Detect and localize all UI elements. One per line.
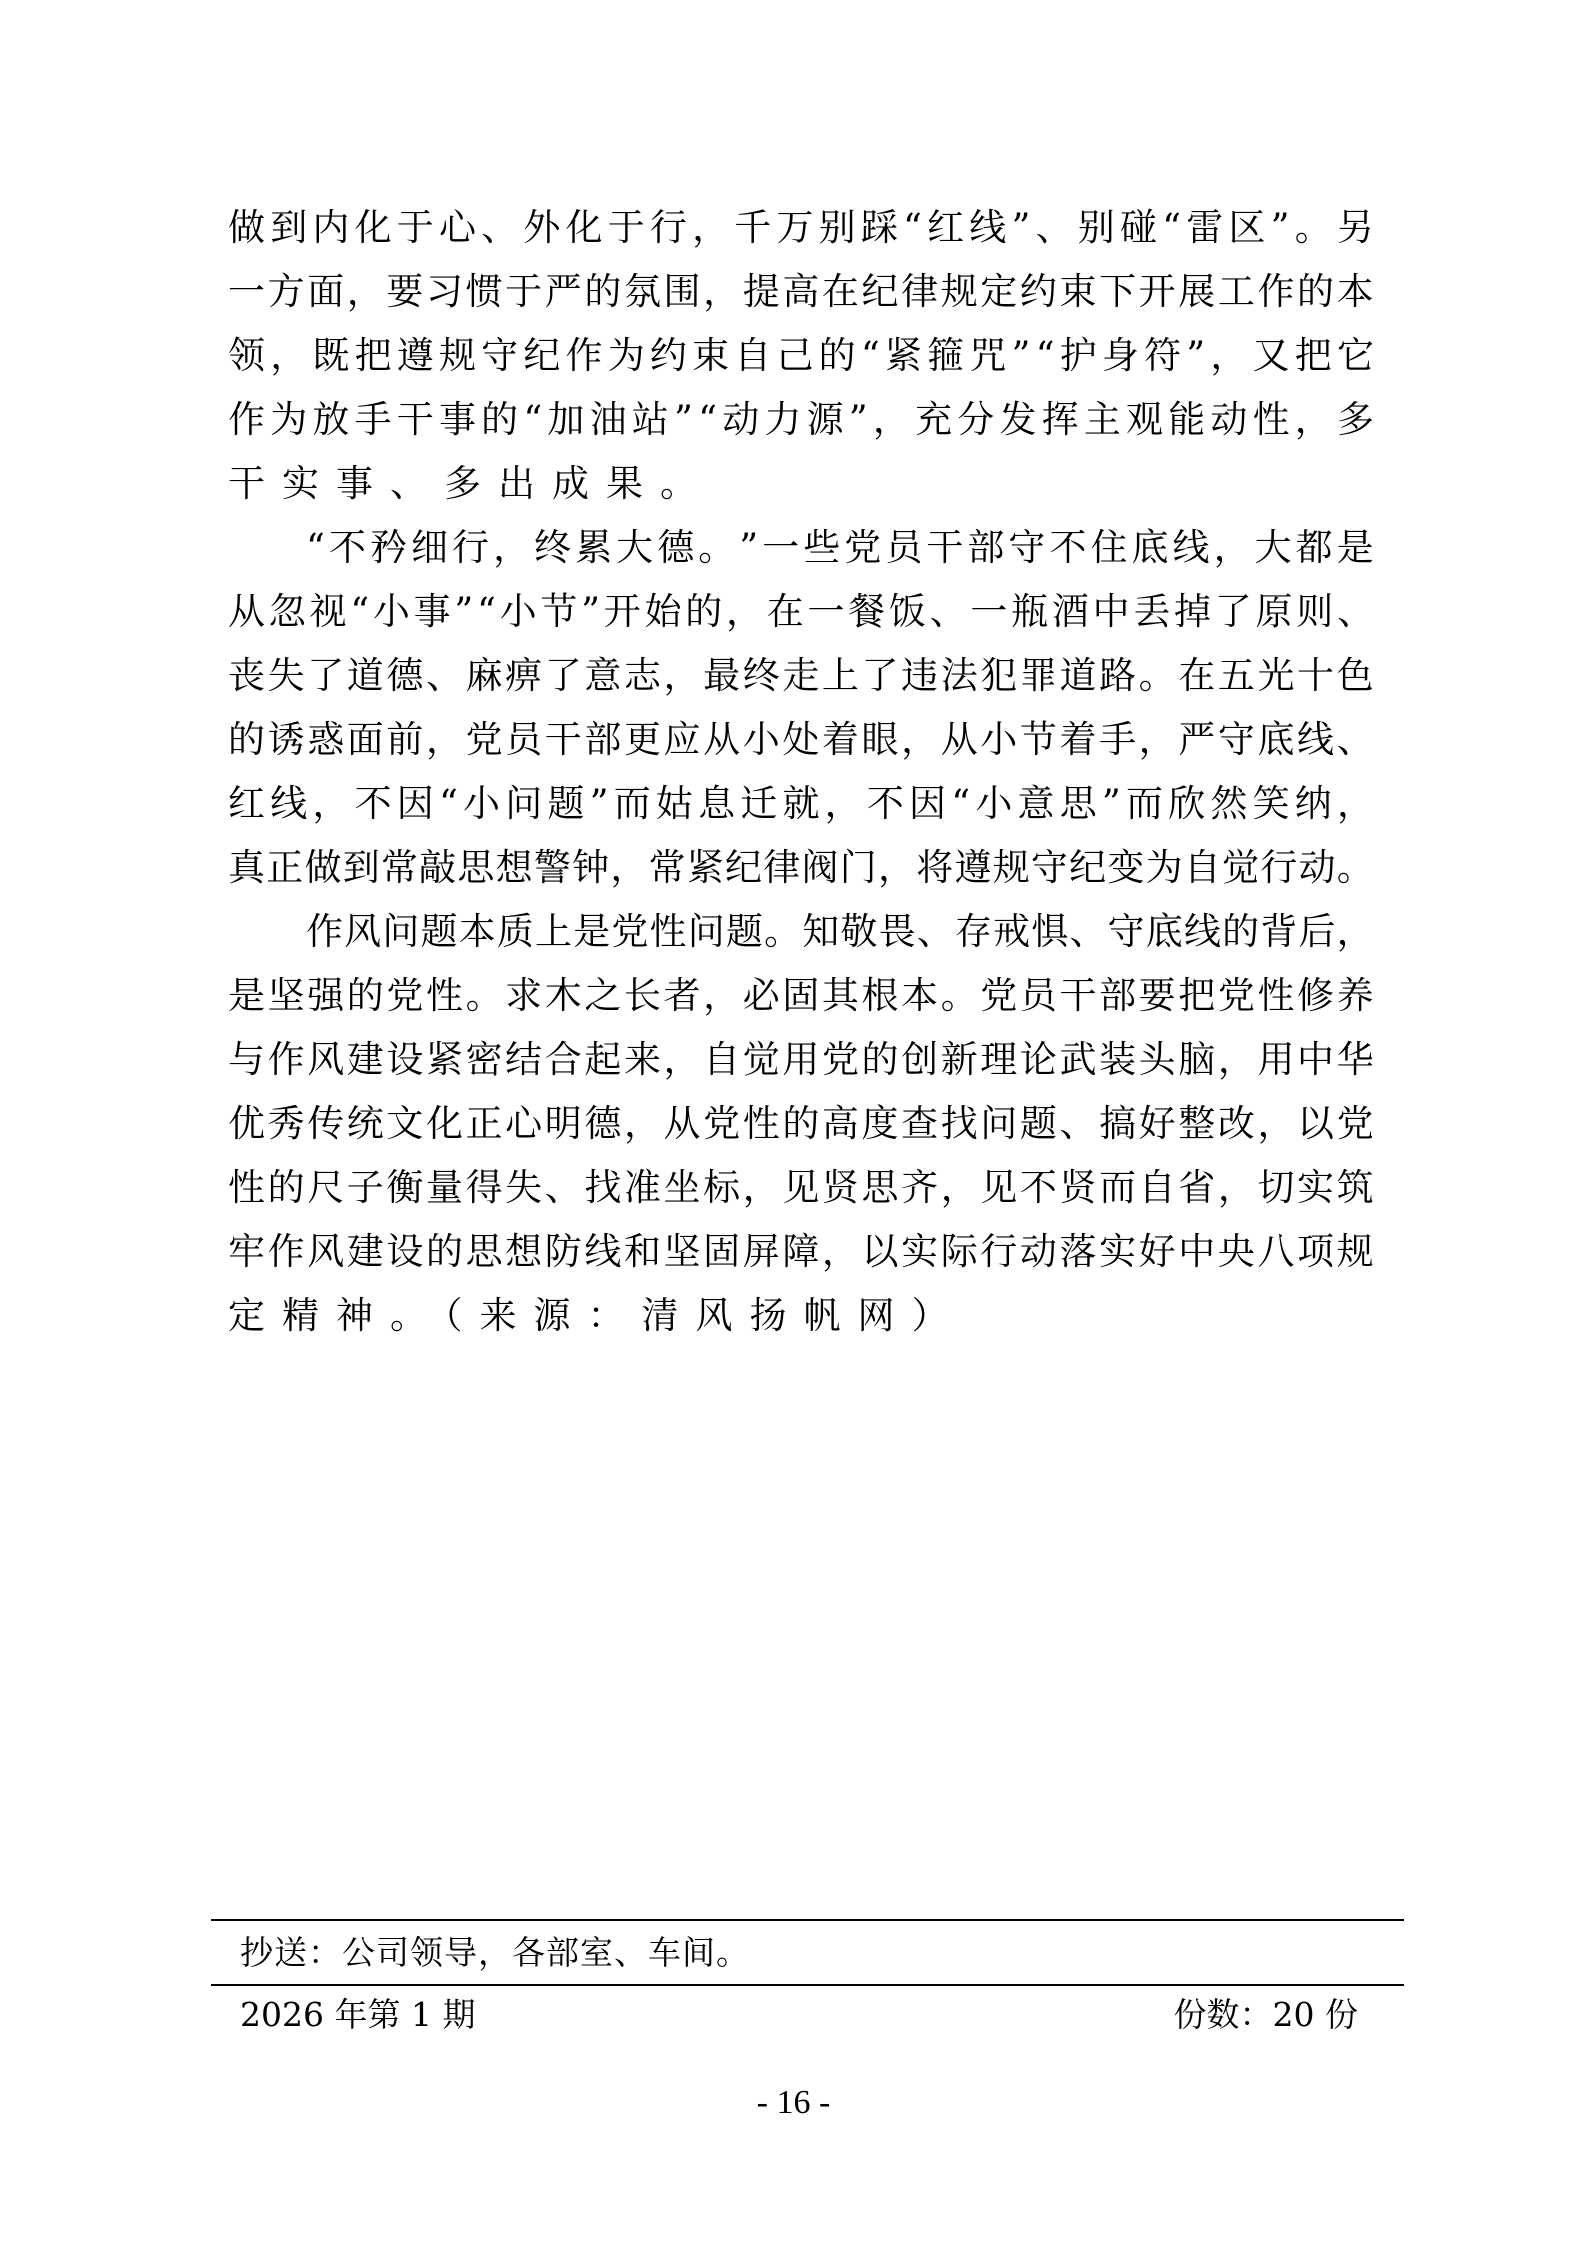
text-line: 真正做到常敲思想警钟，常紧纪律阀门，将遵规守纪变为自觉行动。 [228, 836, 1374, 900]
text-line: 性的尺子衡量得失、找准坐标，见贤思齐，见不贤而自省，切实筑 [228, 1156, 1374, 1220]
document-page: 做到内化于心、外化于行，千万别踩“红线”、别碰“雷区”。另 一方面，要习惯于严的… [0, 0, 1587, 2245]
cc-recipients: 抄送：公司领导，各部室、车间。 [240, 1928, 750, 1978]
paragraph-2: “不矜细行，终累大德。”一些党员干部守不住底线，大都是 从忽视“小事”“小节”开… [228, 516, 1374, 900]
text-line: 作为放手干事的“加油站”“动力源”，充分发挥主观能动性，多 [228, 388, 1374, 452]
text-line: 干实事、多出成果。 [228, 452, 1374, 516]
text-line: “不矜细行，终累大德。”一些党员干部守不住底线，大都是 [228, 516, 1374, 580]
issue-number: 2026 年第 1 期 [240, 1990, 475, 2040]
text-line: 做到内化于心、外化于行，千万别踩“红线”、别碰“雷区”。另 [228, 196, 1374, 260]
footer-divider-top [211, 1919, 1404, 1921]
page-number: - 16 - [0, 2080, 1587, 2126]
text-line: 一方面，要习惯于严的氛围，提高在纪律规定约束下开展工作的本 [228, 260, 1374, 324]
text-line: 牢作风建设的思想防线和坚固屏障，以实际行动落实好中央八项规 [228, 1220, 1374, 1284]
paragraph-1: 做到内化于心、外化于行，千万别踩“红线”、别碰“雷区”。另 一方面，要习惯于严的… [228, 196, 1374, 516]
text-line: 红线，不因“小问题”而姑息迁就，不因“小意思”而欣然笑纳， [228, 772, 1374, 836]
text-line: 是坚强的党性。求木之长者，必固其根本。党员干部要把党性修养 [228, 964, 1374, 1028]
text-line: 丧失了道德、麻痹了意志，最终走上了违法犯罪道路。在五光十色 [228, 644, 1374, 708]
article-body: 做到内化于心、外化于行，千万别踩“红线”、别碰“雷区”。另 一方面，要习惯于严的… [228, 196, 1374, 1348]
text-line: 领，既把遵规守纪作为约束自己的“紧箍咒”“护身符”，又把它 [228, 324, 1374, 388]
footer-divider-middle [211, 1984, 1404, 1986]
text-line: 的诱惑面前，党员干部更应从小处着眼，从小节着手，严守底线、 [228, 708, 1374, 772]
text-line: 作风问题本质上是党性问题。知敬畏、存戒惧、守底线的背后， [228, 900, 1374, 964]
text-line: 与作风建设紧密结合起来，自觉用党的创新理论武装头脑，用中华 [228, 1028, 1374, 1092]
source-line: 定精神。（来源：清风扬帆网） [228, 1284, 1374, 1348]
paragraph-3: 作风问题本质上是党性问题。知敬畏、存戒惧、守底线的背后， 是坚强的党性。求木之长… [228, 900, 1374, 1348]
text-line: 从忽视“小事”“小节”开始的，在一餐饭、一瓶酒中丢掉了原则、 [228, 580, 1374, 644]
text-line: 优秀传统文化正心明德，从党性的高度查找问题、搞好整改，以党 [228, 1092, 1374, 1156]
copy-count: 份数：20 份 [1174, 1990, 1358, 2040]
